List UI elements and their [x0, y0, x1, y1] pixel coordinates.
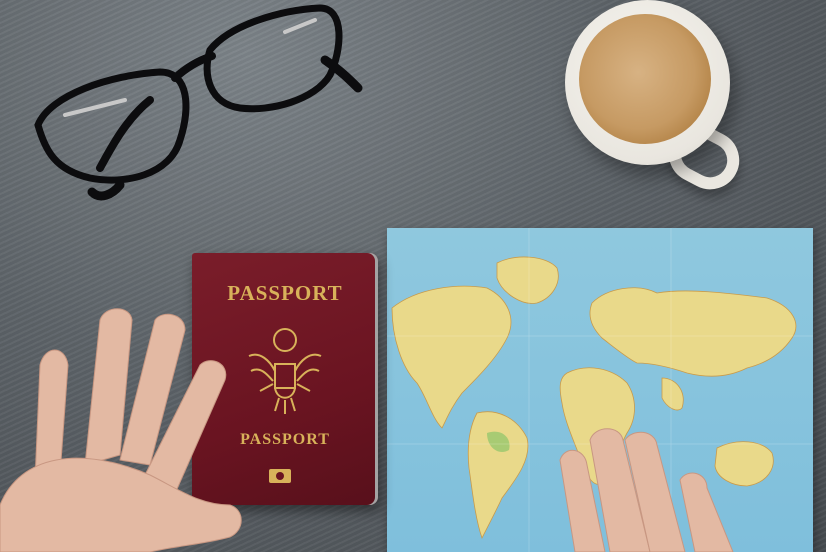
eyeglasses-icon: [30, 0, 370, 210]
eagle-seal-icon: [245, 326, 325, 416]
coffee-mug: [565, 0, 730, 165]
coffee: [579, 14, 711, 144]
right-hand: [555, 420, 740, 552]
photo-scene: PASSPORT PASSPORT: [0, 0, 826, 552]
left-hand: [0, 305, 250, 552]
passport-title-top: PASSPORT: [192, 281, 378, 306]
biometric-chip-icon: [269, 469, 291, 483]
